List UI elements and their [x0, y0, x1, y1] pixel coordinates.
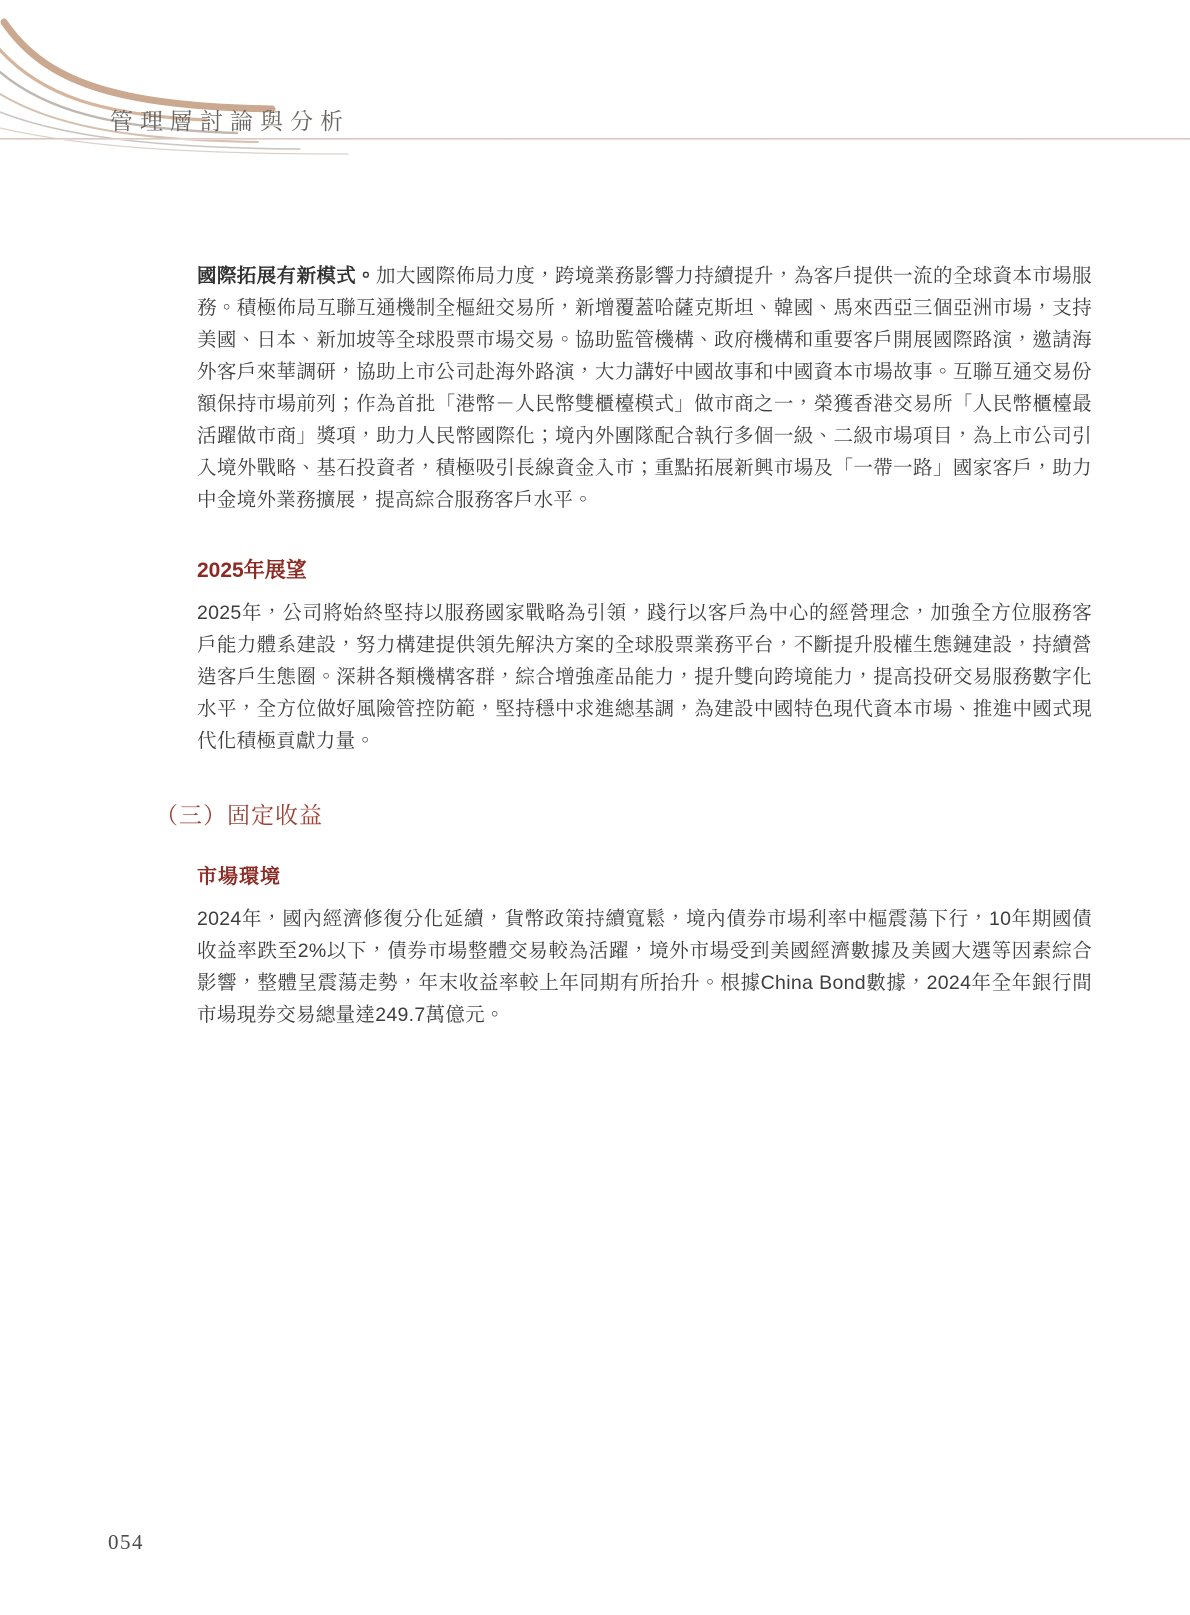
- paragraph-international-expansion: 國際拓展有新模式。加大國際佈局力度，跨境業務影響力持續提升，為客戶提供一流的全球…: [197, 260, 1092, 516]
- heading-market-environment: 市場環境: [197, 860, 1092, 889]
- heading-fixed-income-section: （三）固定收益: [155, 797, 1092, 830]
- page-number: 054: [108, 1530, 144, 1555]
- page-title: 管理層討論與分析: [110, 103, 350, 136]
- paragraph-lead-bold: 國際拓展有新模式。: [197, 265, 376, 287]
- paragraph-2025-outlook: 2025年，公司將始終堅持以服務國家戰略為引領，踐行以客戶為中心的經營理念，加強…: [197, 597, 1092, 757]
- paragraph-market-environment: 2024年，國內經濟修復分化延續，貨幣政策持續寬鬆，境內債券市場利率中樞震蕩下行…: [197, 903, 1092, 1031]
- paragraph-body-text: 加大國際佈局力度，跨境業務影響力持續提升，為客戶提供一流的全球資本市場服務。積極…: [197, 265, 1092, 511]
- report-page: 管理層討論與分析 國際拓展有新模式。加大國際佈局力度，跨境業務影響力持續提升，為…: [0, 0, 1190, 1615]
- main-content: 國際拓展有新模式。加大國際佈局力度，跨境業務影響力持續提升，為客戶提供一流的全球…: [155, 140, 1092, 1031]
- heading-2025-outlook: 2025年展望: [197, 554, 1092, 584]
